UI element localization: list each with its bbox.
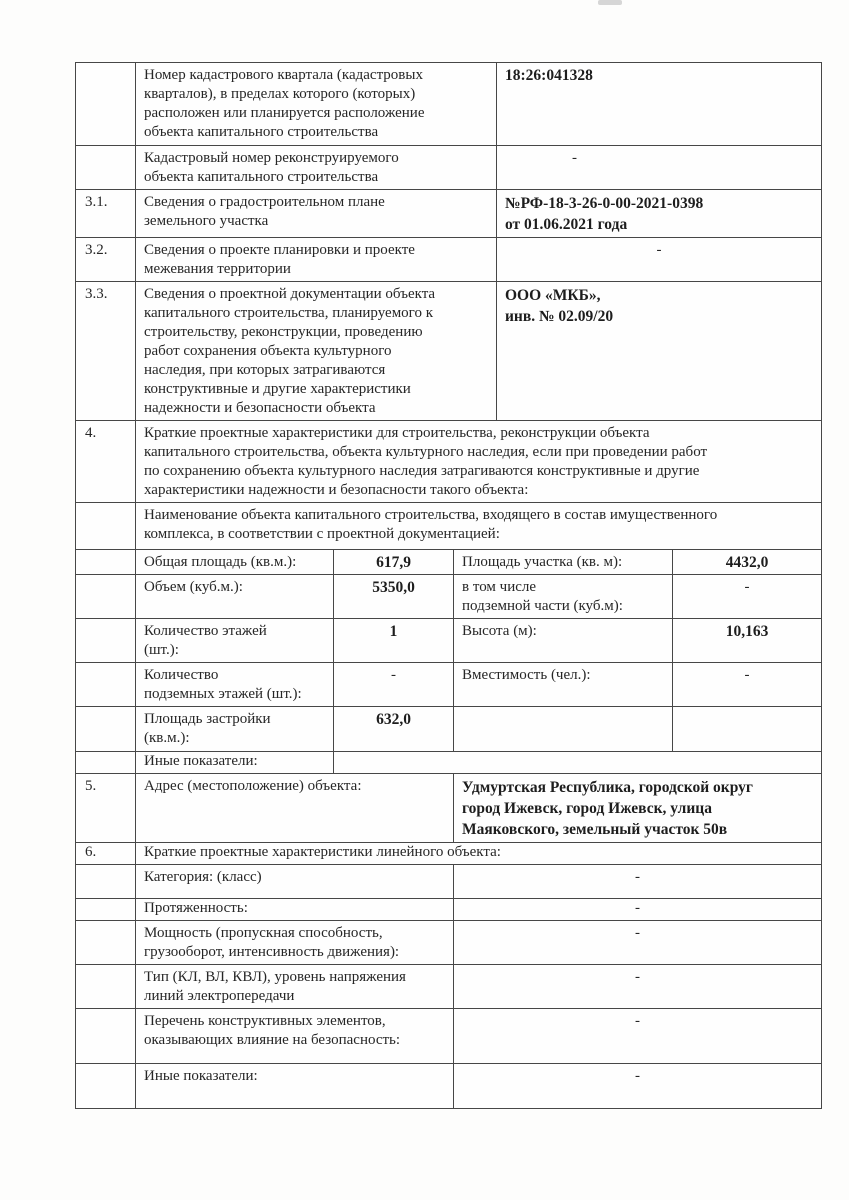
- row-3-2-planning-project: 3.2. Сведения о проекте планировки и про…: [76, 238, 821, 282]
- capacity-label: Вместимость (чел.):: [454, 663, 673, 706]
- row-object-name-subheader: Наименование объекта капитального строит…: [76, 503, 821, 550]
- project-documentation-label: Сведения о проектной документации объект…: [136, 282, 497, 420]
- row-4-brief-characteristics-header: 4. Краткие проектные характеристики для …: [76, 421, 821, 503]
- builtup-area-value: 632,0: [334, 707, 454, 751]
- underground-floors-value: -: [334, 663, 454, 706]
- row-number: 6.: [76, 843, 136, 864]
- cadastral-quarter-label: Номер кадастрового квартала (кадастровых…: [136, 63, 497, 145]
- row-spec-volume: Объем (куб.м.): 5350,0 в том числе подзе…: [76, 575, 821, 619]
- underground-floors-label: Количество подземных этажей (шт.):: [136, 663, 334, 706]
- row-cadastral-quarter: Номер кадастрового квартала (кадастровых…: [76, 63, 821, 146]
- row-spec-total-area: Общая площадь (кв.м.): 617,9 Площадь уча…: [76, 550, 821, 575]
- total-area-value: 617,9: [334, 550, 454, 574]
- planning-project-label: Сведения о проекте планировки и проекте …: [136, 238, 497, 281]
- structural-elements-label: Перечень конструктивных элементов, оказы…: [136, 1009, 454, 1063]
- builtup-area-label: Площадь застройки (кв.м.):: [136, 707, 334, 751]
- structural-elements-value: -: [454, 1009, 821, 1063]
- category-label: Категория: (класс): [136, 865, 454, 898]
- linear-object-header-text: Краткие проектные характеристики линейно…: [136, 843, 821, 864]
- row-number: [76, 619, 136, 662]
- cadastral-quarter-value: 18:26:041328: [497, 63, 821, 145]
- row-number: [76, 921, 136, 964]
- row-number: 3.1.: [76, 190, 136, 237]
- cadastral-reconstructed-value: -: [497, 146, 821, 189]
- capacity-value: -: [673, 663, 821, 706]
- row-linear-type-voltage: Тип (КЛ, ВЛ, КВЛ), уровень напряжения ли…: [76, 965, 821, 1009]
- row-3-1-urban-plan: 3.1. Сведения о градостроительном плане …: [76, 190, 821, 238]
- linear-other-indicators-label: Иные показатели:: [136, 1064, 454, 1108]
- power-value: -: [454, 921, 821, 964]
- linear-other-indicators-value: -: [454, 1064, 821, 1108]
- address-value: Удмуртская Республика, городской округ г…: [454, 774, 821, 842]
- row-number: 3.2.: [76, 238, 136, 281]
- row-5-address: 5. Адрес (местоположение) объекта: Удмур…: [76, 774, 821, 843]
- row-number: 3.3.: [76, 282, 136, 420]
- row-linear-structural-elements: Перечень конструктивных элементов, оказы…: [76, 1009, 821, 1064]
- row-linear-category: Категория: (класс) -: [76, 865, 821, 899]
- project-documentation-value: ООО «МКБ», инв. № 02.09/20: [497, 282, 821, 420]
- row-3-3-project-documentation: 3.3. Сведения о проектной документации о…: [76, 282, 821, 421]
- underground-volume-label: в том числе подземной части (куб.м):: [454, 575, 673, 618]
- row-spec-other-indicators: Иные показатели:: [76, 752, 821, 774]
- height-value: 10,163: [673, 619, 821, 662]
- row-number: [76, 663, 136, 706]
- row-6-linear-object-header: 6. Краткие проектные характеристики лине…: [76, 843, 821, 865]
- row-spec-floors: Количество этажей (шт.): 1 Высота (м): 1…: [76, 619, 821, 663]
- row-number: [76, 146, 136, 189]
- type-voltage-value: -: [454, 965, 821, 1008]
- row-linear-length: Протяженность: -: [76, 899, 821, 921]
- row-number: [76, 1064, 136, 1108]
- cadastral-reconstructed-label: Кадастровый номер реконструируемого объе…: [136, 146, 497, 189]
- urban-plan-label: Сведения о градостроительном плане земел…: [136, 190, 497, 237]
- empty-cell: [454, 707, 673, 751]
- type-voltage-label: Тип (КЛ, ВЛ, КВЛ), уровень напряжения ли…: [136, 965, 454, 1008]
- row-number: [76, 752, 136, 773]
- row-number: [76, 63, 136, 145]
- row-number: [76, 1009, 136, 1063]
- volume-label: Объем (куб.м.):: [136, 575, 334, 618]
- power-label: Мощность (пропускная способность, грузоо…: [136, 921, 454, 964]
- row-number: 4.: [76, 421, 136, 502]
- other-indicators-value: [334, 752, 821, 773]
- plot-area-value: 4432,0: [673, 550, 821, 574]
- scan-artifact: [598, 0, 622, 5]
- height-label: Высота (м):: [454, 619, 673, 662]
- row-number: [76, 965, 136, 1008]
- row-number: [76, 899, 136, 920]
- plot-area-label: Площадь участка (кв. м):: [454, 550, 673, 574]
- row-spec-builtup-area: Площадь застройки (кв.м.): 632,0: [76, 707, 821, 752]
- permit-details-table: Номер кадастрового квартала (кадастровых…: [75, 62, 822, 1109]
- length-label: Протяженность:: [136, 899, 454, 920]
- address-label: Адрес (местоположение) объекта:: [136, 774, 454, 842]
- length-value: -: [454, 899, 821, 920]
- underground-volume-value: -: [673, 575, 821, 618]
- row-linear-power: Мощность (пропускная способность, грузоо…: [76, 921, 821, 965]
- empty-cell: [673, 707, 821, 751]
- category-value: -: [454, 865, 821, 898]
- row-number: [76, 865, 136, 898]
- row-number: [76, 503, 136, 549]
- brief-characteristics-text: Краткие проектные характеристики для стр…: [136, 421, 821, 502]
- row-number: [76, 707, 136, 751]
- planning-project-value: -: [497, 238, 821, 281]
- scanned-document-page: { "rows": { "kadastr_kvartal": { "num": …: [0, 0, 849, 1200]
- row-number: [76, 550, 136, 574]
- volume-value: 5350,0: [334, 575, 454, 618]
- row-spec-underground-floors: Количество подземных этажей (шт.): - Вме…: [76, 663, 821, 707]
- urban-plan-value: №РФ-18-3-26-0-00-2021-0398 от 01.06.2021…: [497, 190, 821, 237]
- row-number: [76, 575, 136, 618]
- total-area-label: Общая площадь (кв.м.):: [136, 550, 334, 574]
- other-indicators-label: Иные показатели:: [136, 752, 334, 773]
- row-cadastral-reconstructed: Кадастровый номер реконструируемого объе…: [76, 146, 821, 190]
- row-linear-other-indicators: Иные показатели: -: [76, 1064, 821, 1108]
- floors-value: 1: [334, 619, 454, 662]
- row-number: 5.: [76, 774, 136, 842]
- object-name-text: Наименование объекта капитального строит…: [136, 503, 821, 549]
- floors-label: Количество этажей (шт.):: [136, 619, 334, 662]
